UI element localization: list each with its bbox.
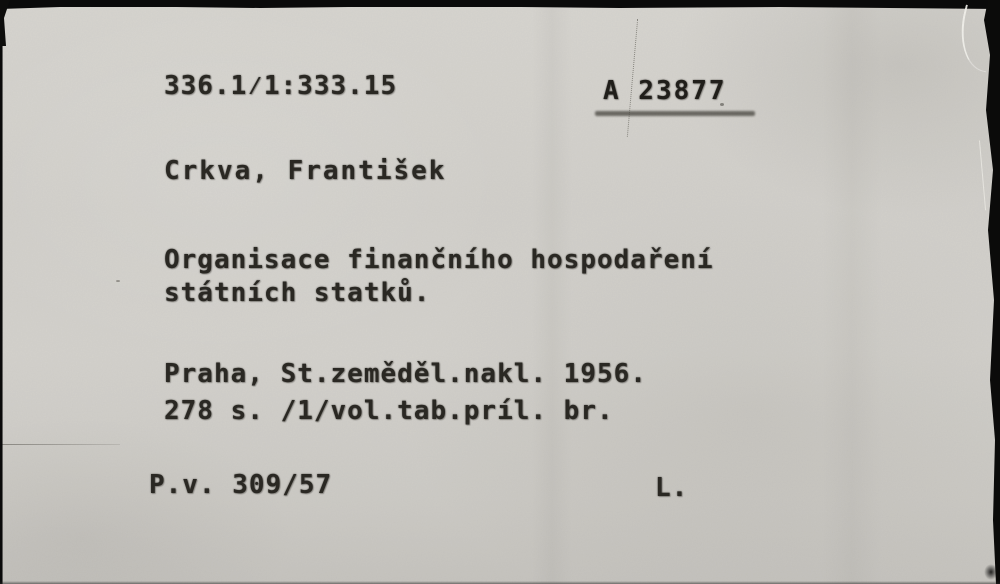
scan-left-edge (0, 0, 7, 584)
pencil-line (2, 444, 120, 445)
ink-speck (720, 103, 724, 106)
classification-number: 336.1⁄1:333.15 (164, 71, 397, 102)
collation-line: 278 s. /1/vol.tab.príl. br. (164, 396, 614, 426)
ink-speck (116, 280, 120, 282)
title-line-2: státních statků. (164, 278, 430, 308)
accession-underline (595, 111, 755, 116)
author-line: Crkva, František (164, 156, 446, 186)
paper-card: 336.1⁄1:333.15 A 23877 Crkva, František … (2, 7, 1000, 584)
letter-mark: L. (655, 473, 688, 503)
scanned-catalog-card: 336.1⁄1:333.15 A 23877 Crkva, František … (0, 0, 1000, 584)
accession-number: A 23877 (603, 76, 727, 106)
record-number: P.v. 309/57 (149, 470, 332, 500)
title-line-1: Organisace finančního hospodaření (164, 245, 714, 275)
imprint-line: Praha, St.zeměděl.nakl. 1956. (164, 359, 647, 389)
scan-band (532, 7, 572, 584)
scan-band (822, 7, 882, 584)
ink-speck (334, 286, 337, 289)
corner-stain (984, 564, 998, 580)
